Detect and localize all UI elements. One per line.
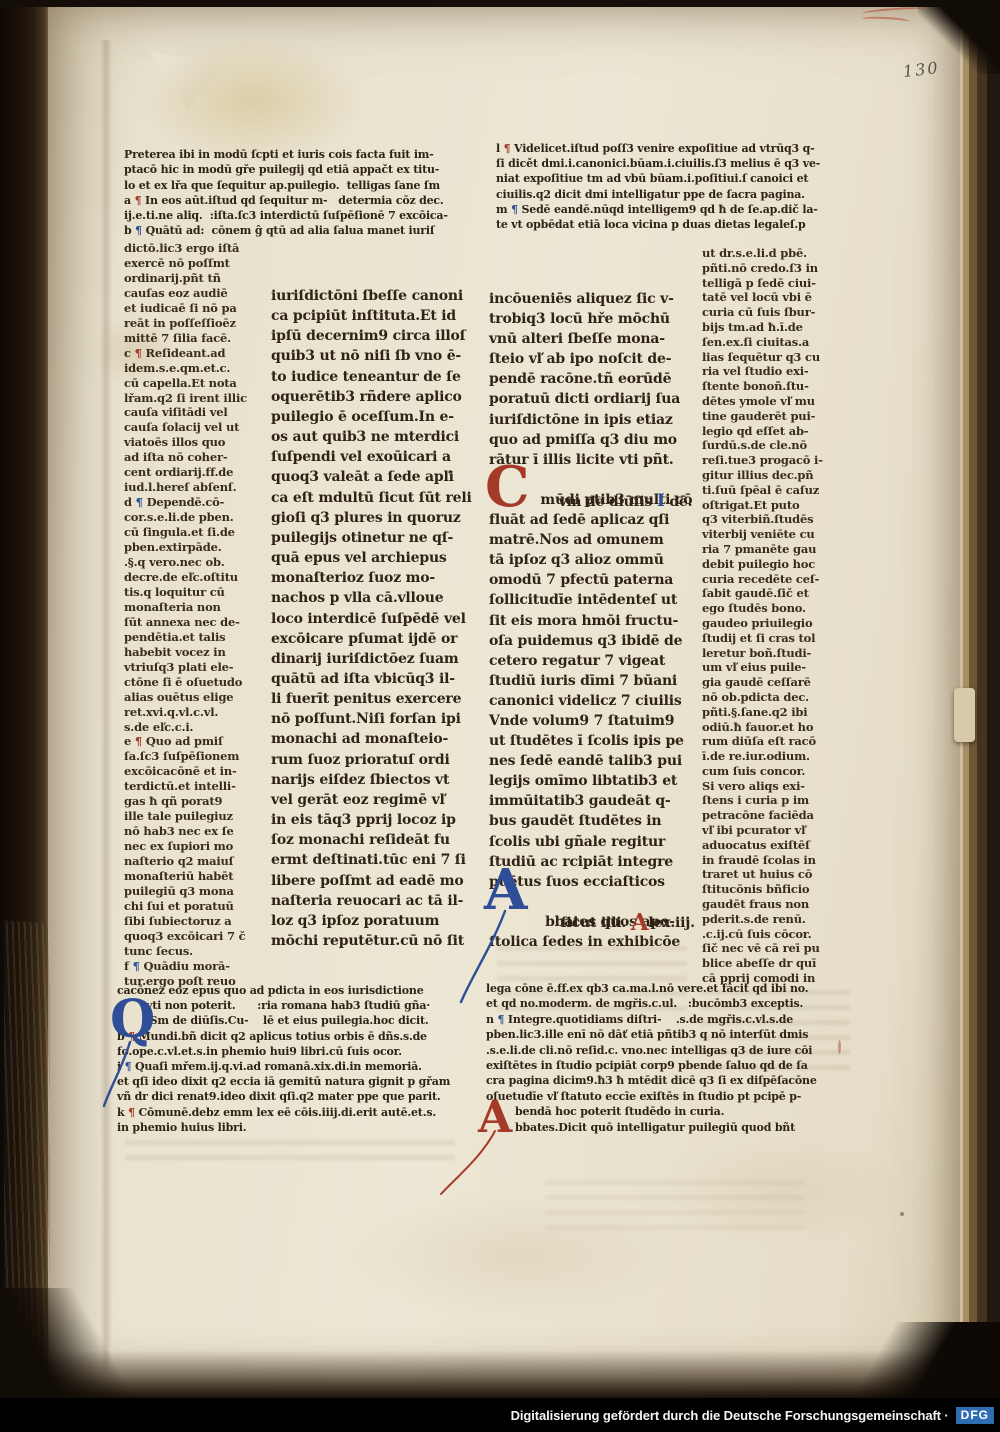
text-line: puilegijs otinetur ne qſ-: [271, 528, 471, 548]
text-line: rum diūſa eſt racō: [702, 734, 854, 749]
text-line: niat expoſitiue tm ad vbū būam.i.poſitiu…: [496, 171, 840, 186]
text-line: viatoēs illos quo: [124, 435, 272, 450]
text-line: cacōnez eoz epus quo ad pdicta in eos iu…: [117, 983, 465, 998]
text-line: cetero regatur 7 vigeat: [489, 651, 691, 671]
text-fragment: ſicut illi.: [561, 915, 631, 931]
text-line: ſollicitudīe intēdenteſ ut: [489, 590, 691, 610]
text-line: ſtudiū iuris dīmi 7 būani: [489, 671, 691, 691]
text-line: cor.s.e.li.de pben.: [124, 510, 272, 525]
text-line: blice abeſſe dr quī: [702, 956, 854, 971]
text-line: narijs eiſdez ſbiectos vt: [271, 770, 471, 790]
text-line: pben.lic3.ille enī nō dāť etiā pñtib3 q …: [486, 1027, 846, 1042]
text-line: vtriuſq3 plati ele-: [124, 660, 272, 675]
ink-flourish-red: [438, 1128, 500, 1198]
text-line: oquerētib3 rñdere aplico: [271, 387, 471, 407]
gloss-bottom-right: lega cōne ē.ff.ex qb3 ca.ma.l.nō vere.et…: [486, 981, 846, 1135]
text-line: iuriſdictōni ſbeſſe canoni: [271, 286, 471, 306]
text-line: et qſi ideo dixit q2 eccia iā gemitū nat…: [117, 1074, 465, 1089]
text-line: ſteio vľ ab ipo noſcit de-: [489, 349, 691, 369]
gloss-top-right: l ¶ Videlicet.iſtud poſſ3 venire expoſit…: [496, 141, 840, 232]
paragraph-mark: ¶: [511, 203, 518, 216]
text-line: monaſteriū habēt: [124, 869, 272, 884]
text-line: ſič nec vē cā reī pu: [702, 941, 854, 956]
text-line: vel gerāt eoz regimē vľ: [271, 790, 471, 810]
text-line: loco interdicē ſuſpēdē vel: [271, 609, 471, 629]
text-line: ſtitucōnis bñficio: [702, 882, 854, 897]
text-line: f ¶ Quādiu morā-: [124, 959, 272, 974]
dropcap-q-blue: Q: [110, 994, 155, 1046]
text-line: cū ſingula.et ſi.de: [124, 525, 272, 540]
dark-corner-bottom-right: [826, 1322, 1000, 1398]
text-line: legio qd eſſet ab-: [702, 424, 854, 439]
text-line: oſtrigat.Et puto: [702, 498, 854, 513]
text-line: tatē vel locū vbi ē: [702, 290, 854, 305]
text-line: d ¶ Dependē.cō-: [124, 495, 272, 510]
text-line: in eis tāq3 pprij locoz ip: [271, 810, 471, 830]
text-line: ſi dicět dmi.i.canonici.būam.i.ciuilis.ſ…: [496, 156, 840, 171]
text-line: Si vero aliqs exi-: [702, 779, 854, 794]
text-line: ad iſta nō coher-: [124, 450, 272, 465]
text-line: ſuſpendi vel exoūicari a: [271, 447, 471, 467]
digitization-credit-bar: Digitalisierung gefördert durch die Deut…: [0, 1398, 1000, 1432]
text-line: ctōne ſi ē oſuetudo: [124, 675, 272, 690]
text-line: Sm de diūſis.Cu- lē et eius puilegia.hoc…: [117, 1013, 465, 1028]
text-line: in fraudē ſcolas in: [702, 853, 854, 868]
text-line: vnū alteri ſbeſſe mona-: [489, 329, 691, 349]
text-line: cra pagina dicim9.ħ3 ħ mtēdit dicē q3 ſi…: [486, 1073, 846, 1088]
text-line: pben.extirpāde.: [124, 540, 272, 555]
text-line: et iudicaē ſi nō pa: [124, 301, 272, 316]
text-line: cauſa viſitādi vel: [124, 405, 272, 420]
text-line: lřam.q2 ſi irent illic: [124, 391, 272, 406]
text-fragment: dē.: [665, 494, 693, 510]
text-line: ria vel ſtudio exi-: [702, 364, 854, 379]
text-line: matrē.Nos ad omunem: [489, 530, 691, 550]
text-line: ermt deſtinati.tūc eni 7 ſi: [271, 850, 471, 870]
text-line: curia recedēte ceſ-: [702, 572, 854, 587]
text-line: gitur illius dec.pñ: [702, 468, 854, 483]
text-line: pendē racōne.tñ eorūdē: [489, 369, 691, 389]
text-line: .§.q vero.nec ob.: [124, 555, 272, 570]
text-line: monaſteria non: [124, 600, 272, 615]
text-line: omodū 7 pfectū paterna: [489, 570, 691, 590]
text-line: trobiq3 locū hře mōchū: [489, 309, 691, 329]
text-line: pñti.nō credo.ſ3 in: [702, 261, 854, 276]
paragraph-mark: ¶: [497, 1013, 504, 1026]
red-ink-note: [862, 6, 926, 26]
text-line: lo et ex lřa que ſequitur ap.puilegio. t…: [124, 178, 466, 193]
text-line: loz q3 ipſoz poratuum: [271, 911, 471, 931]
text-line: ſtente bonoñ.ſtu-: [702, 379, 854, 394]
text-line: .s.e.li.de cli.nō reſid.c. vno.nec intel…: [486, 1043, 846, 1058]
text-line: s.de eľc.c.i.: [124, 720, 272, 735]
text-line: ret.xvi.q.vl.c.vl.: [124, 705, 272, 720]
text-line: cum ſuis concor.: [702, 764, 854, 779]
text-line: canonici videlicz 7 ciuilis: [489, 691, 691, 711]
text-line: ſit eis mora hmōi fructu-: [489, 611, 691, 631]
text-line: exiſtētes in ſtudio pcipiāt corp9 pbende…: [486, 1058, 846, 1073]
text-line: Vnde volum9 7 ſtatuim9: [489, 711, 691, 731]
text-line: decre.de eľc.oſtitu: [124, 570, 272, 585]
text-line: ca pcipiūt inſtituta.Et id: [271, 306, 471, 326]
text-line: m ¶ Sedē eandē.nūqd intelligem9 qd ħ de …: [496, 202, 840, 217]
paragraph-mark: ¶: [135, 224, 142, 237]
paragraph-mark: ¶: [135, 346, 142, 360]
page-edge-tab: [954, 688, 975, 742]
paragraph-mark: ¶: [133, 959, 140, 973]
text-line: b ¶ Mundi.bñ dicit q2 aplicus totius orb…: [117, 1029, 465, 1044]
text-line: legijs omīmo libtatib3 et: [489, 771, 691, 791]
paragraph-mark: ¶: [135, 194, 142, 207]
text-line: ſa.ſc3 ſuſpēſionem: [124, 749, 272, 764]
text-line: reſi.tue3 progacō i-: [702, 453, 854, 468]
dropcap-c-red: C: [485, 459, 530, 515]
text-line: ſūt annexa nec de-: [124, 615, 272, 630]
text-fragment: vm de diūſis: [559, 494, 657, 510]
text-line: gaudēt fraus non: [702, 897, 854, 912]
text-line: gia gaudē ceſſarē: [702, 675, 854, 690]
text-line: ſtens i curia p im: [702, 793, 854, 808]
text-line: os aut quib3 ne mterdici: [271, 427, 471, 447]
text-line: iuriſdictōne in ipis etiaz: [489, 410, 691, 430]
text-line: ille tale puilegiuz: [124, 809, 272, 824]
text-line: immūitatib3 gaudeāt q-: [489, 791, 691, 811]
text-line: nec ex ſupiori mo: [124, 839, 272, 854]
text-line: nes ſedē eandē talib3 pui: [489, 751, 691, 771]
text-line: ria 7 pmanēte gau: [702, 542, 854, 557]
gutter-crease: [100, 40, 112, 1370]
text-line: dictō.lic3 ergo iſtā: [124, 241, 272, 256]
text-line: b ¶ Quātū ad: cōnem ĝ qtū ad alia ſalua …: [124, 223, 466, 238]
text-line: vti non poterit. :ria romana hab3 ſtudiū…: [117, 998, 465, 1013]
text-line: petracōne faciēda: [702, 808, 854, 823]
text-line: fo.ope.c.vl.et.s.in phemio hui9 libri.cū…: [117, 1044, 465, 1059]
text-line: puilegiū q3 mona: [124, 884, 272, 899]
text-line: terdictū.et intelli-: [124, 779, 272, 794]
text-line: cū capella.Et nota: [124, 376, 272, 391]
text-line: quo ad pmiſſa q3 diu mo: [489, 430, 691, 450]
text-line: incōueniēs aliquez ſic v-: [489, 289, 691, 309]
text-line: vñ dr dici renat9.ideo dixit qſi.q2 mate…: [117, 1089, 465, 1104]
text-line: vľ ibi pcurator vľ: [702, 823, 854, 838]
text-line: ſabit gaudē.ſič et: [702, 586, 854, 601]
ink-flourish-blue: [100, 1040, 140, 1110]
dark-corner-bottom-left: [0, 1288, 132, 1398]
text-line: oſa puidemus q3 ibidē de: [489, 631, 691, 651]
text-line: tunc ſecus.: [124, 944, 272, 959]
main-text-column-1: iuriſdictōni ſbeſſe canonica pcipiūt inſ…: [271, 286, 471, 951]
text-line: ti.ſuū ſpēal ē caſuz: [702, 483, 854, 498]
text-line: et qd no.moderm. de mgřis.c.ul. :bucōmb3…: [486, 996, 846, 1011]
text-line: ciuilis.q2 dicit dmi intelligatur ppe de…: [496, 187, 840, 202]
alexander-rubric-line: ſicut illi. Alex.iij.: [542, 891, 695, 954]
dfg-logo: DFG: [956, 1407, 994, 1424]
text-line: te vt opbēdat etiā loca vicina p duas di…: [496, 217, 840, 232]
text-line: bus gaudēt ſtudētes in: [489, 811, 691, 831]
gloss-bottom-left: cacōnez eoz epus quo ad pdicta in eos iu…: [117, 983, 465, 1135]
text-line: dētes ymole vľ mu: [702, 394, 854, 409]
text-line: viterbij veniēte cu: [702, 527, 854, 542]
text-line: lega cōne ē.ff.ex qb3 ca.ma.l.nō vere.et…: [486, 981, 846, 996]
text-line: ſtudij et ſi cras tol: [702, 631, 854, 646]
text-line: bijs tm.ad ħ.ī.de: [702, 320, 854, 335]
text-line: tine gauderēt pui-: [702, 409, 854, 424]
text-line: ptacō hic in modū gře puilegij qd etiā a…: [124, 162, 466, 177]
text-line: in phemio huius libri.: [117, 1120, 465, 1135]
text-line: nachos p vlla cā.vlloue: [271, 588, 471, 608]
text-line: mittē 7 ſilia facē.: [124, 331, 272, 346]
book-left-edge: [0, 0, 48, 1432]
text-line: ſurdū.s.de cle.nō: [702, 438, 854, 453]
gloss-top-left: Preterea ibi in modū ſcpti et iuris cois…: [124, 147, 466, 239]
text-line: Preterea ibi in modū ſcpti et iuris cois…: [124, 147, 466, 162]
text-line: ca eſt mdultū ſicut ſūt reli: [271, 488, 471, 508]
text-line: ī.de re.iur.odium.: [702, 749, 854, 764]
text-line: um vľ eius puile-: [702, 660, 854, 675]
text-line: exercē nō poſſmt: [124, 256, 272, 271]
red-initial-alex: A: [631, 909, 649, 936]
text-line: pendētia.et talis: [124, 630, 272, 645]
text-line: tā ipſoz q3 alioz ommū: [489, 550, 691, 570]
paragraph-mark: ¶: [135, 734, 142, 748]
text-line: alias ouētus elige: [124, 690, 272, 705]
commentary-left-margin: dictō.lic3 ergo iſtāexercē nō poſſmtordi…: [124, 241, 272, 989]
text-line: telligā p ſedē ciui-: [702, 276, 854, 291]
text-line: reāt in poſſeſſioēz: [124, 316, 272, 331]
text-line: idem.s.e.qm.et.c.: [124, 361, 272, 376]
text-line: ſoz monachi reſideāt fu: [271, 830, 471, 850]
text-line: ſcolis ubi gñale regitur: [489, 832, 691, 852]
text-line: cauſa ſolacij vel ut: [124, 420, 272, 435]
text-line: traret ut huius cō: [702, 867, 854, 882]
text-line: leretur boñ.ſtudi-: [702, 646, 854, 661]
text-line: to iudice teneantur de ſe: [271, 367, 471, 387]
text-line: naſteria reuocari ac tā il-: [271, 891, 471, 911]
ink-speck: [900, 1212, 904, 1216]
text-line: cent ordiarij.ff.de: [124, 465, 272, 480]
text-line: gas ħ qñ porat9: [124, 794, 272, 809]
text-line: habebit vocez in: [124, 645, 272, 660]
text-line: quoq3 valeāt a ſede apľi: [271, 467, 471, 487]
text-line: lias ſequētur q3 cu: [702, 350, 854, 365]
text-line: puilegio ē oceſſum.In e-: [271, 407, 471, 427]
text-line: bbates.Dicit quō intelligatur puilegiū q…: [486, 1120, 846, 1135]
text-line: poratuū dicti ordiarij ſua: [489, 389, 691, 409]
text-line: rum ſuoz prioratuſ ordi: [271, 750, 471, 770]
text-line: ſibi ſubiectoruz a: [124, 914, 272, 929]
text-line: monaſterioz ſuoz mo-: [271, 568, 471, 588]
cum-rubric-line: vm de diūſis I dē.: [540, 471, 692, 532]
text-line: ordinarij.pñt tñ: [124, 271, 272, 286]
text-line: naſterio q2 maiuſ: [124, 854, 272, 869]
text-line: quā epus vel archiepus: [271, 548, 471, 568]
text-line: nō poſſunt.Niſi forſan ipi: [271, 709, 471, 729]
text-line: curia cū ſuis ſbur-: [702, 305, 854, 320]
commentary-right-margin: ut dr.s.e.li.d pbē.pñti.nō credo.ſ3 inte…: [702, 246, 854, 986]
paragraph-mark: ¶: [504, 142, 511, 155]
text-line: q3 viterbiñ.ſtudēs: [702, 512, 854, 527]
text-line: ut ſtudētes ī ſcolis ipis pe: [489, 731, 691, 751]
text-line: n ¶ Integre.quotidiams diſtri- .s.de mgř…: [486, 1012, 846, 1027]
ink-bleedthrough: [545, 1180, 805, 1235]
text-line: gaudeo priuilegio: [702, 616, 854, 631]
text-line: l ¶ Videlicet.iſtud poſſ3 venire expoſit…: [496, 141, 840, 156]
paragraph-mark: ¶: [136, 495, 143, 509]
ink-flourish-blue: [458, 908, 510, 1006]
text-line: tis.q loquitur cū: [124, 585, 272, 600]
text-line: quoq3 excōicari 7 č: [124, 929, 272, 944]
text-line: .c.ij.cū ſuis cōcor.: [702, 927, 854, 942]
blue-paragraph-mark: I: [657, 491, 665, 511]
text-line: quātū ad iſta vbicūq3 il-: [271, 669, 471, 689]
text-line: i ¶ Quaſi mřem.ij.q.vi.ad romanā.xix.di.…: [117, 1059, 465, 1074]
text-line: pderit.s.de renū.: [702, 912, 854, 927]
text-line: dinarij iuriſdictōez ſuam: [271, 649, 471, 669]
text-line: nō hab3 nec ex ſe: [124, 824, 272, 839]
text-line: ſen.ex.ſi ciuitas.a: [702, 335, 854, 350]
text-line: odiū.ħ fauor.et ho: [702, 720, 854, 735]
text-line: libere poſſmt ad eadē mo: [271, 871, 471, 891]
text-line: excōicare pſumat ijdē or: [271, 629, 471, 649]
text-line: debit puilegio hoc: [702, 557, 854, 572]
text-line: k ¶ Cōmunē.debz emm lex eē cōis.iiij.di.…: [117, 1105, 465, 1120]
manuscript-scan: 130 Preterea ibi in modū ſcpti et iuris …: [0, 0, 1000, 1432]
text-line: mōchi reputētur.cū nō ſit: [271, 931, 471, 951]
text-fragment: lex.iij.: [648, 915, 694, 931]
text-line: quib3 ut nō niſi ſb vno ē-: [271, 346, 471, 366]
text-line: nō ob.pdicta dec.: [702, 690, 854, 705]
text-line: aduocatus exiſtēſ: [702, 838, 854, 853]
text-line: ipſū decernim9 circa illoſ: [271, 326, 471, 346]
ink-bleedthrough: [125, 1140, 455, 1166]
digitization-credit: Digitalisierung gefördert durch die Deut…: [511, 1408, 949, 1423]
text-line: gioſi q3 plures in quoruz: [271, 508, 471, 528]
text-line: c ¶ Reſideant.ad: [124, 346, 272, 361]
text-line: cauſas eoz audiē: [124, 286, 272, 301]
text-line: pñti.§.ſane.q2 ibi: [702, 705, 854, 720]
text-line: e ¶ Quo ad pmiſ: [124, 734, 272, 749]
scan-top-edge: [0, 0, 1000, 7]
text-line: bendā hoc poterit ſtudēdo in curia.: [486, 1104, 846, 1119]
text-line: ego ſtudēs bono.: [702, 601, 854, 616]
text-line: ij.e.ti.ne aliq. :iſta.ſc3 interdictū ſu…: [124, 208, 466, 223]
main-text-column-2: incōueniēs aliquez ſic v-trobiq3 locū hř…: [489, 289, 691, 952]
text-line: a ¶ In eos aūt.iſtud qd ſequitur m- dete…: [124, 193, 466, 208]
text-line: li fuerīt penitus exercere: [271, 689, 471, 709]
text-line: ut dr.s.e.li.d pbē.: [702, 246, 854, 261]
text-line: monachi ad monaſteio-: [271, 729, 471, 749]
text-line: oſuetudīe vľ ſtatuto eccīe exiſtēs in ſt…: [486, 1089, 846, 1104]
text-line: excōicacōnē et in-: [124, 764, 272, 779]
text-line: chi ſui et poratuū: [124, 899, 272, 914]
text-line: iud.l.hereſ abſenſ.: [124, 480, 272, 495]
